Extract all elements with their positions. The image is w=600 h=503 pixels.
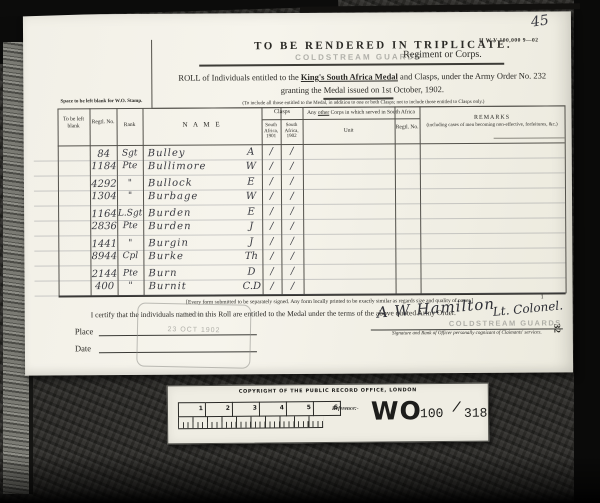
- reference-piece: 100: [420, 406, 444, 421]
- initial-entry: W: [242, 190, 260, 203]
- clasp-1901-tick: /: [262, 145, 281, 158]
- regtl-no-entry: 2836: [90, 220, 118, 233]
- clasp-1902-tick: /: [281, 175, 303, 188]
- reference-series: WO: [371, 396, 422, 425]
- rank-entry: Pte: [117, 220, 143, 233]
- ruler-inch-cell: 2: [206, 402, 233, 417]
- ruler-inch-number: 5: [307, 404, 311, 411]
- clasp-1902-tick: /: [281, 145, 303, 158]
- regtl-no-entry: 84: [90, 148, 118, 161]
- reference-separator: /: [451, 399, 462, 417]
- initial-entry: E: [242, 206, 260, 219]
- clasp-1901-tick: /: [262, 220, 281, 233]
- clasp-1902-tick: /: [281, 250, 303, 263]
- name-entry: Burn: [148, 266, 248, 280]
- name-entry: Burnit: [149, 280, 249, 293]
- place-label: Place: [75, 326, 93, 336]
- date-stamp-line1: LONDON: [138, 312, 250, 320]
- name-entry: Bullock: [148, 176, 248, 190]
- rank-entry: ": [117, 237, 143, 250]
- initial-entry: A: [242, 146, 260, 159]
- name-entry: Burgin: [148, 236, 248, 250]
- date-stamp-line2: 23 OCT 1902: [138, 326, 250, 335]
- ruler-inch-cell: 3: [233, 402, 260, 417]
- clasp-1902-tick: /: [282, 280, 304, 293]
- clasp-1901-tick: /: [262, 190, 281, 203]
- initial-entry: J: [242, 220, 260, 233]
- rank-entry: Pte: [117, 160, 143, 173]
- regtl-no-entry: 1304: [90, 190, 118, 203]
- scanned-page-scene: 45 H W V 100,000 9—02 TO BE RENDERED IN …: [0, 0, 600, 503]
- initial-entry: W: [242, 160, 260, 173]
- name-entry: Burbage: [148, 190, 248, 203]
- rank-entry: Cpl: [117, 250, 143, 263]
- rank-entry: Pte: [117, 267, 143, 280]
- ruler-inch-cell: 5: [287, 401, 314, 416]
- reference-item: 318: [464, 406, 488, 421]
- date-label: Date: [75, 343, 91, 353]
- clasp-1901-tick: /: [263, 280, 282, 293]
- regtl-no-entry: 4292: [90, 178, 118, 191]
- rank-entry: ": [118, 280, 144, 293]
- initial-entry: C.D: [243, 280, 261, 293]
- initial-entry: Th: [242, 250, 260, 263]
- regtl-no-entry: 2144: [90, 268, 118, 281]
- clasp-1901-tick: /: [262, 235, 281, 248]
- pro-reference-strip: COPYRIGHT OF THE PUBLIC RECORD OFFICE, L…: [167, 383, 490, 445]
- regtl-no-entry: 1184: [90, 160, 118, 173]
- guards-stamp-bottom: COLDSTREAM GUARDS: [449, 318, 562, 328]
- ruler-inch-cell: 4: [260, 401, 287, 416]
- name-entry: Burden: [148, 206, 248, 220]
- ruler-inch-number: 2: [226, 405, 230, 412]
- name-entry: Bulley: [148, 146, 248, 160]
- ruler-inch-number: 1: [199, 405, 203, 412]
- ruler-inch-number: 4: [280, 404, 284, 411]
- initial-entry: J: [242, 236, 260, 249]
- date-stamp-outline: LONDON 23 OCT 1902: [136, 303, 251, 369]
- scan-background-right: [574, 0, 600, 503]
- regtl-no-entry: 8944: [90, 250, 118, 263]
- rank-entry: Sgt: [117, 147, 143, 160]
- rank-entry: ": [117, 190, 143, 203]
- clasp-1901-tick: /: [262, 205, 281, 218]
- regtl-no-entry: 1441: [90, 238, 118, 251]
- clasp-1902-tick: /: [281, 205, 303, 218]
- clasp-1901-tick: /: [262, 175, 281, 188]
- table-body: 84 Sgt Bulley A / / 1184 Pte Bullimore W…: [24, 143, 573, 296]
- clasp-1902-tick: /: [281, 235, 303, 248]
- medal-roll-form: 45 H W V 100,000 9—02 TO BE RENDERED IN …: [23, 11, 573, 375]
- regtl-no-entry: 1164: [90, 208, 118, 221]
- name-entry: Burden: [148, 220, 248, 233]
- ruler-inch-row: 123456: [178, 401, 341, 415]
- clasp-1902-tick: /: [281, 220, 303, 233]
- clasp-1902-tick: /: [281, 190, 303, 203]
- table-row: 400 " Burnit C.D / /: [25, 280, 573, 295]
- clasp-1901-tick: /: [262, 265, 281, 278]
- regtl-no-entry: 400: [91, 280, 119, 293]
- rank-entry: ": [117, 177, 143, 190]
- name-entry: Bullimore: [148, 160, 248, 173]
- clasp-1902-tick: /: [281, 265, 303, 278]
- reference-label: Reference:-: [332, 406, 359, 412]
- initial-entry: D: [242, 266, 260, 279]
- initial-entry: E: [242, 176, 260, 189]
- ruler-mm-ticks: [178, 416, 323, 429]
- name-entry: Burke: [148, 250, 248, 263]
- ruler-inch-cell: 1: [178, 402, 206, 417]
- clasp-1901-tick: /: [262, 160, 281, 173]
- ruler-inch-number: 3: [253, 405, 257, 412]
- clasp-1901-tick: /: [262, 250, 281, 263]
- pro-copyright: COPYRIGHT OF THE PUBLIC RECORD OFFICE, L…: [168, 387, 488, 396]
- clasp-1902-tick: /: [281, 160, 303, 173]
- rank-entry: L.Sgt: [117, 207, 143, 220]
